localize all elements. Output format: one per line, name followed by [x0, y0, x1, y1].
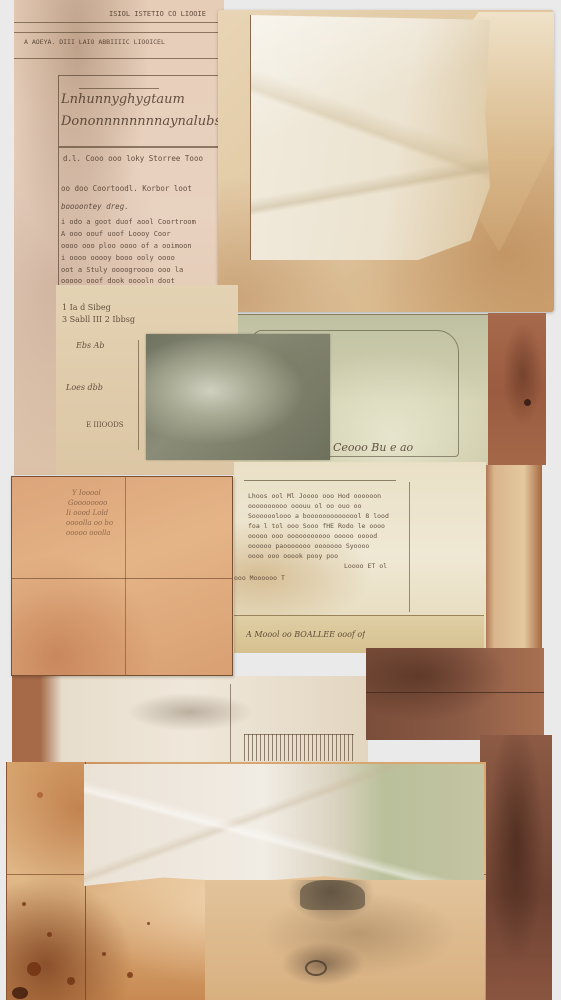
crumpled-white-paper — [84, 764, 484, 886]
letter-line: oooooooooo ooouu ol oo ouo oo — [248, 502, 362, 510]
ledger-line: ooooo ooof dook ooooln doot — [61, 277, 175, 285]
rust-strip-middle — [482, 465, 542, 660]
ledger-line: A ooo oouf uoof Loooy Coor — [61, 230, 171, 238]
rust-strip-top — [488, 313, 546, 465]
gate-drawing — [244, 734, 354, 761]
letter-line: Soooooolooo a boooooooooooool 8 lood — [248, 512, 389, 520]
envelope-fold-vertical — [125, 477, 126, 675]
ledger-script-2: Dononnnnnnnnaynalubsa — [61, 114, 224, 129]
ledger-line: boooontey dreg. — [61, 202, 129, 211]
portrait-hat — [300, 880, 365, 910]
letter-line: Loooo ET ol — [344, 562, 387, 570]
letter-line: oooooo paooooooo ooooooo Syoooo — [248, 542, 369, 550]
ledger-header-1: ISIOL ISTETIO CO LIOOIE — [109, 10, 206, 18]
ledger-line: oot a Stuly oooogroooo ooo la — [61, 266, 183, 274]
folded-tan-envelope: Y Iooool Goooooooo Ii oood Lold oooolla … — [11, 476, 233, 676]
letter-line: foa l tol ooo Sooo fHE Rodo le oooo — [248, 522, 385, 530]
ledger-line: i odo a goot duof aool Coortroom — [61, 218, 196, 226]
letter-line: oooo ooo ooook pooy poo — [248, 552, 338, 560]
letter-line: Lhoos ool Ml Joooo ooo Hod oooooon — [248, 492, 381, 500]
envelope-line: ooooo ooolla — [66, 529, 111, 537]
rust-strip-bottom — [480, 735, 552, 1000]
ledger-line: i oooo ooooy booo ooly oooo — [61, 254, 175, 262]
ledger-line: oooo ooo ploo oooo of a ooimoon — [61, 242, 192, 250]
ledger-header-2: A AOEYA. DIII LAIO ABBIIIIC LIOOICEL — [24, 38, 165, 46]
engraved-portrait — [205, 880, 485, 1000]
manuscript-line: 3 Sabll III 2 Ibbsg — [62, 315, 135, 324]
ledger-line: oo doo Coortoodl. Korbor loot — [61, 184, 192, 193]
envelope-fold-horizontal — [12, 578, 232, 579]
letter-footer: A Moool oo BOALLEE ooof of — [246, 630, 365, 639]
crumpled-blank-paper — [250, 15, 490, 260]
envelope-line: Goooooooo — [68, 499, 107, 507]
portrait-eye-icon — [305, 960, 327, 976]
faded-photograph — [146, 334, 330, 460]
rust-panel-lower — [366, 648, 544, 740]
manuscript-line: Loes dbb — [66, 383, 103, 392]
plate-script: Ceooo Bu e ao — [333, 441, 413, 454]
garden-sketch — [12, 676, 368, 766]
ledger-line: d.l. Cooo ooo loky Storree Tooo — [63, 154, 203, 163]
envelope-line: oooolla oo bo — [66, 519, 113, 527]
manuscript-line: 1 Ia d Sibeg — [62, 303, 111, 312]
ledger-script-1: Lnhunnyghygtaum — [61, 92, 185, 107]
manuscript-line: Ebs Ab — [76, 341, 105, 350]
letter-line: ooo Moooooo T — [234, 574, 285, 582]
envelope-line: Ii oood Lold — [66, 509, 108, 517]
ledger-form: Lnhunnyghygtaum Dononnnnnnnnaynalubsa d.… — [58, 75, 224, 286]
letter-line: ooooo ooo ooooooooooo ooooo ooood — [248, 532, 377, 540]
envelope-line: Y Iooool — [72, 489, 101, 497]
manuscript-line: E IIIOODS — [86, 421, 124, 429]
